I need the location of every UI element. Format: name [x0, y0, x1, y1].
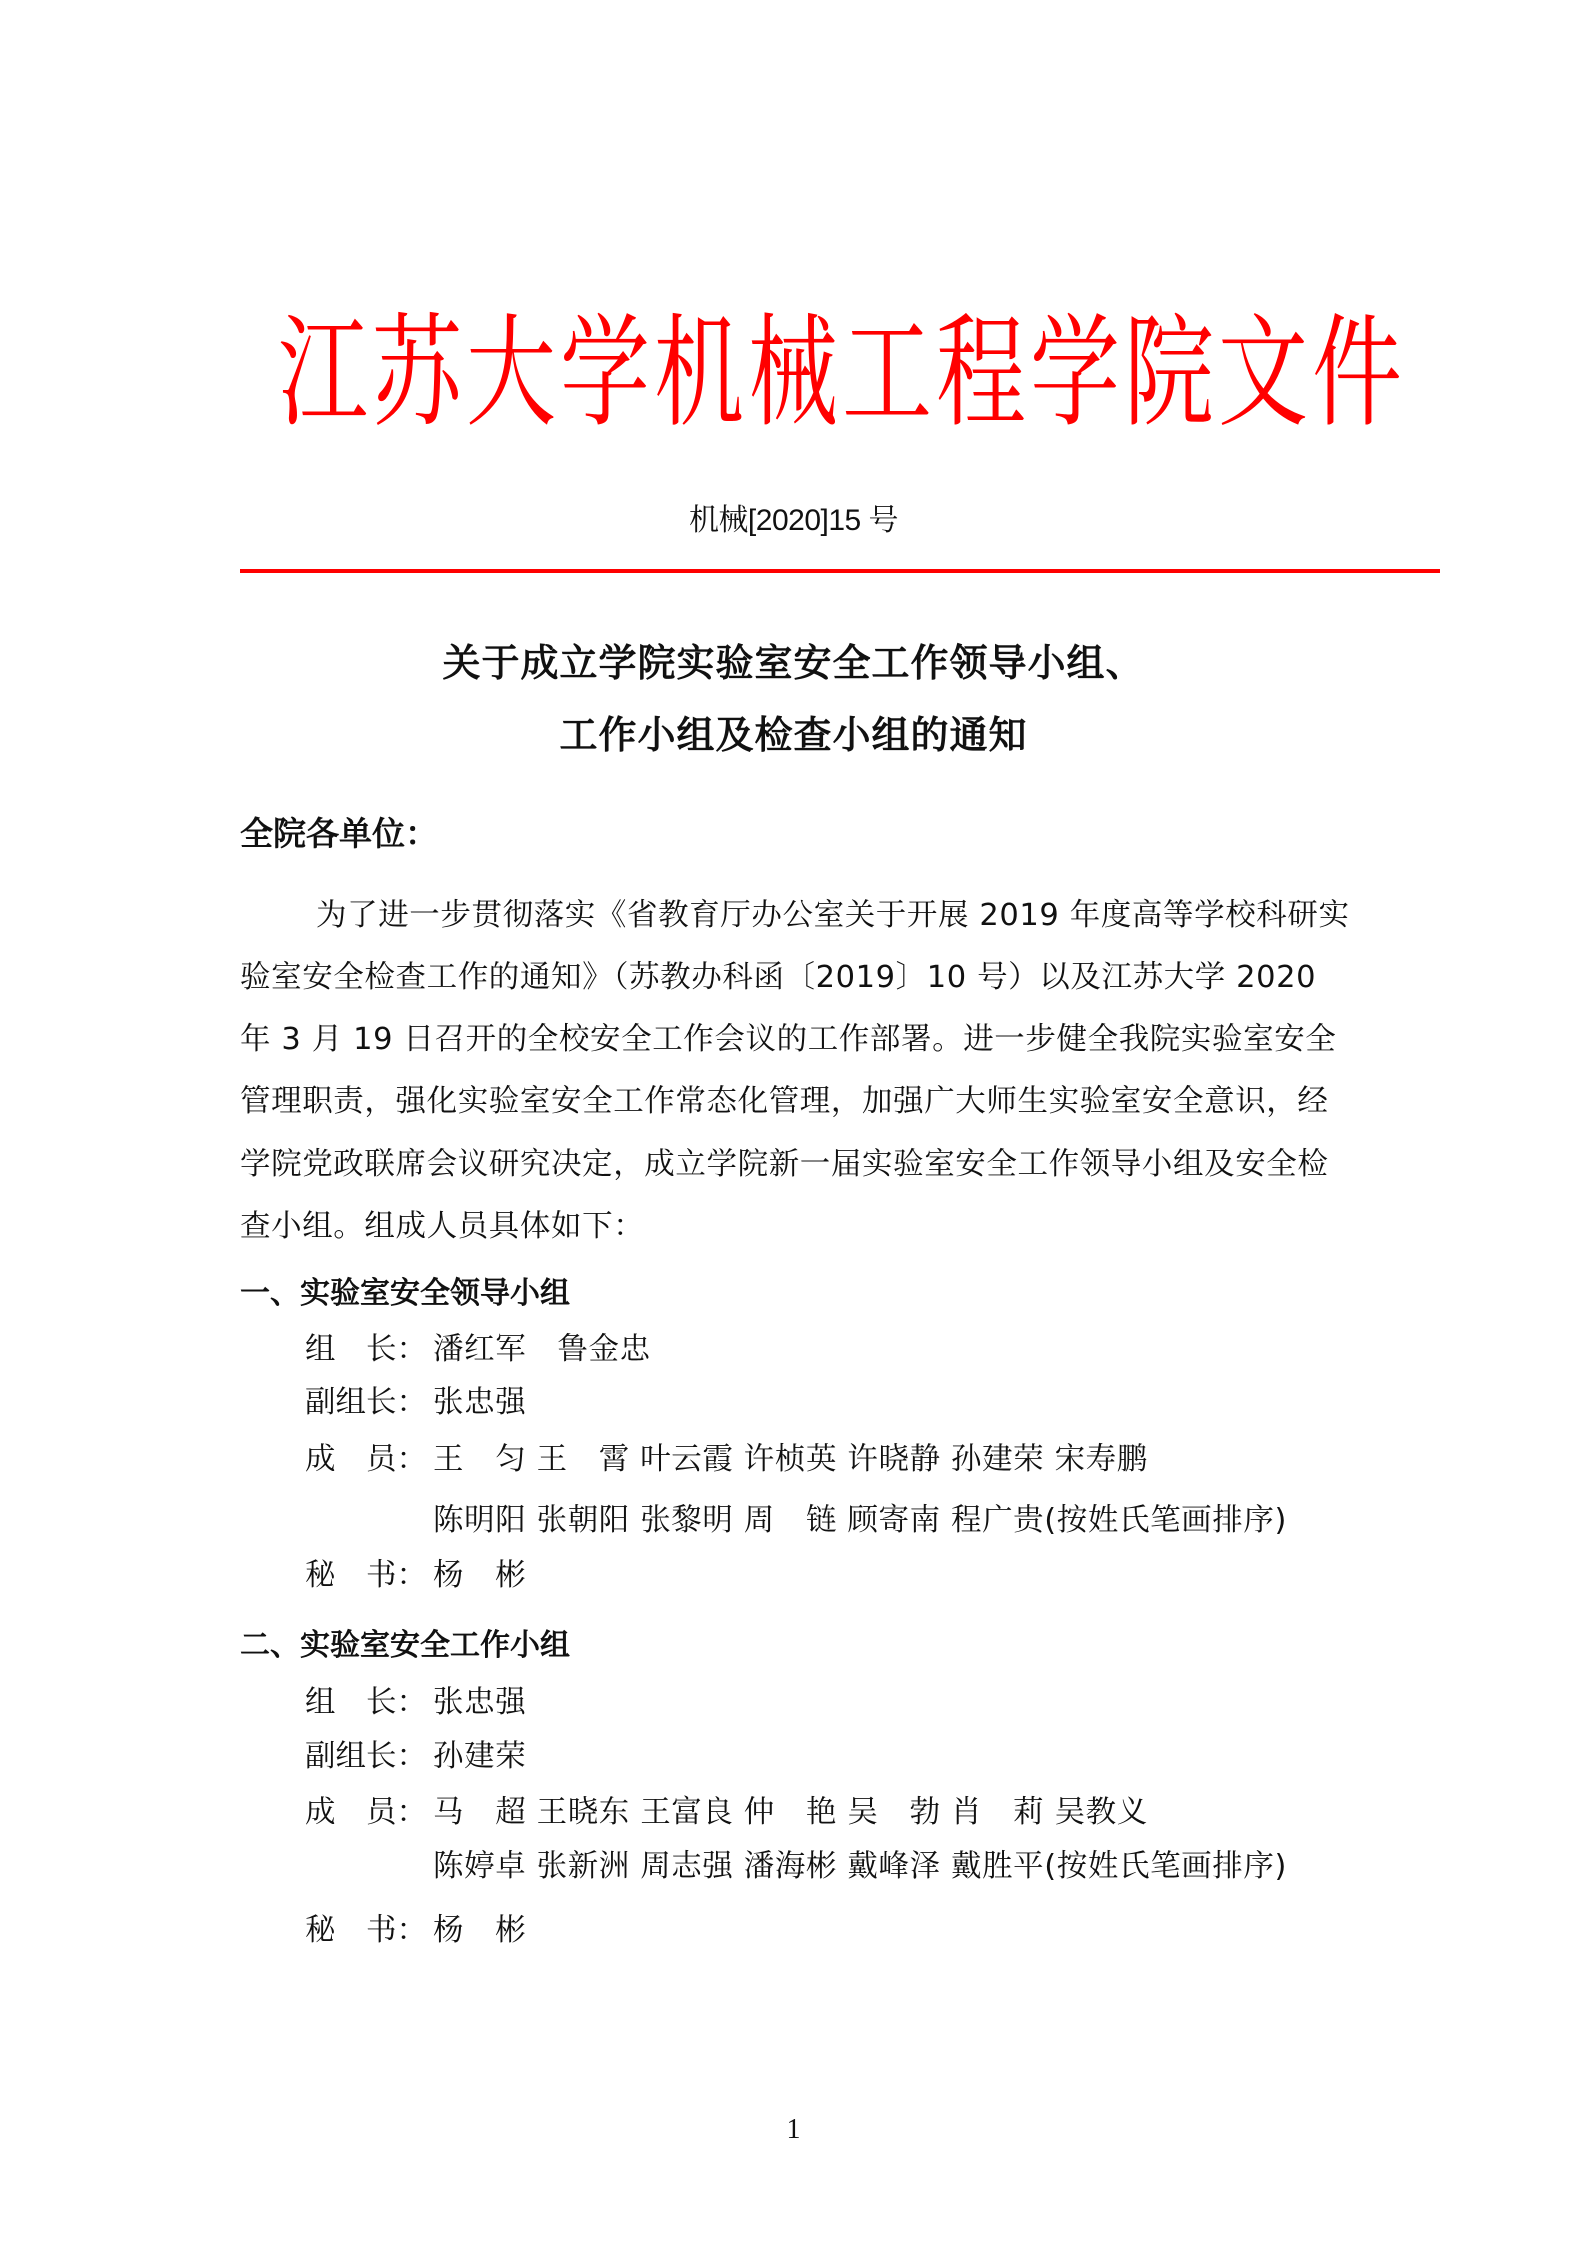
section-heading: 二、实验室安全工作小组	[240, 1620, 570, 1664]
role-label: 成 员：	[305, 1787, 433, 1831]
role-row-leader: 组 长： 张忠强	[305, 1677, 526, 1721]
role-row-deputy: 副组长： 张忠强	[305, 1377, 526, 1421]
document-masthead-title: 江苏大学机械工程学院文件	[278, 300, 1318, 503]
paragraph-line: 验室安全检查工作的通知》（苏教办科函〔2019〕10 号）以及江苏大学 2020	[240, 952, 1316, 996]
role-label: 组 长：	[305, 1677, 433, 1721]
notice-title-line-1: 关于成立学院实验室安全工作领导小组、	[0, 632, 1587, 687]
role-label: 副组长：	[305, 1731, 433, 1775]
page-number: 1	[0, 2114, 1587, 2146]
role-row-leader: 组 长： 潘红军 鲁金忠	[305, 1324, 651, 1368]
role-label: 副组长：	[305, 1377, 433, 1421]
paragraph-line: 学院党政联席会议研究决定，成立学院新一届实验室安全工作领导小组及安全检	[240, 1139, 1329, 1183]
role-names: 张忠强	[433, 1677, 526, 1721]
role-row-members-continued: 陈婷卓 张新洲 周志强 潘海彬 戴峰泽 戴胜平(按姓氏笔画排序)	[305, 1841, 1287, 1885]
role-label: 成 员：	[305, 1434, 433, 1478]
role-label	[305, 1495, 433, 1539]
paragraph-line: 为了进一步贯彻落实《省教育厅办公室关于开展 2019 年度高等学校科研实	[316, 890, 1350, 934]
role-label: 秘 书：	[305, 1905, 433, 1949]
role-names: 张忠强	[433, 1377, 526, 1421]
role-label: 秘 书：	[305, 1550, 433, 1594]
role-label: 组 长：	[305, 1324, 433, 1368]
role-row-deputy: 副组长： 孙建荣	[305, 1731, 526, 1775]
document-number: 机械[2020]15 号	[0, 495, 1587, 539]
paragraph-line: 年 3 月 19 日召开的全校安全工作会议的工作部署。进一步健全我院实验室安全	[240, 1014, 1336, 1058]
role-names: 陈婷卓 张新洲 周志强 潘海彬 戴峰泽 戴胜平(按姓氏笔画排序)	[433, 1841, 1287, 1885]
role-names: 马 超 王晓东 王富良 仲 艳 吴 勃 肖 莉 吴教义	[433, 1787, 1148, 1831]
paragraph-line: 查小组。组成人员具体如下：	[240, 1201, 644, 1245]
role-names: 潘红军 鲁金忠	[433, 1324, 651, 1368]
role-row-members-continued: 陈明阳 张朝阳 张黎明 周 链 顾寄南 程广贵(按姓氏笔画排序)	[305, 1495, 1287, 1539]
role-names: 杨 彬	[433, 1905, 526, 1949]
role-row-members: 成 员： 王 匀 王 霄 叶云霞 许桢英 许晓静 孙建荣 宋寿鹏	[305, 1434, 1148, 1478]
role-row-members: 成 员： 马 超 王晓东 王富良 仲 艳 吴 勃 肖 莉 吴教义	[305, 1787, 1148, 1831]
role-row-secretary: 秘 书： 杨 彬	[305, 1905, 526, 1949]
role-names: 陈明阳 张朝阳 张黎明 周 链 顾寄南 程广贵(按姓氏笔画排序)	[433, 1495, 1287, 1539]
role-names: 孙建荣	[433, 1731, 526, 1775]
masthead-divider	[240, 569, 1440, 573]
salutation: 全院各单位：	[240, 808, 438, 855]
role-names: 杨 彬	[433, 1550, 526, 1594]
role-label	[305, 1841, 433, 1885]
role-row-secretary: 秘 书： 杨 彬	[305, 1550, 526, 1594]
notice-title-line-2: 工作小组及检查小组的通知	[0, 704, 1587, 759]
section-heading: 一、实验室安全领导小组	[240, 1268, 570, 1312]
paragraph-line: 管理职责，强化实验室安全工作常态化管理，加强广大师生实验室安全意识，经	[240, 1076, 1329, 1120]
role-names: 王 匀 王 霄 叶云霞 许桢英 许晓静 孙建荣 宋寿鹏	[433, 1434, 1148, 1478]
